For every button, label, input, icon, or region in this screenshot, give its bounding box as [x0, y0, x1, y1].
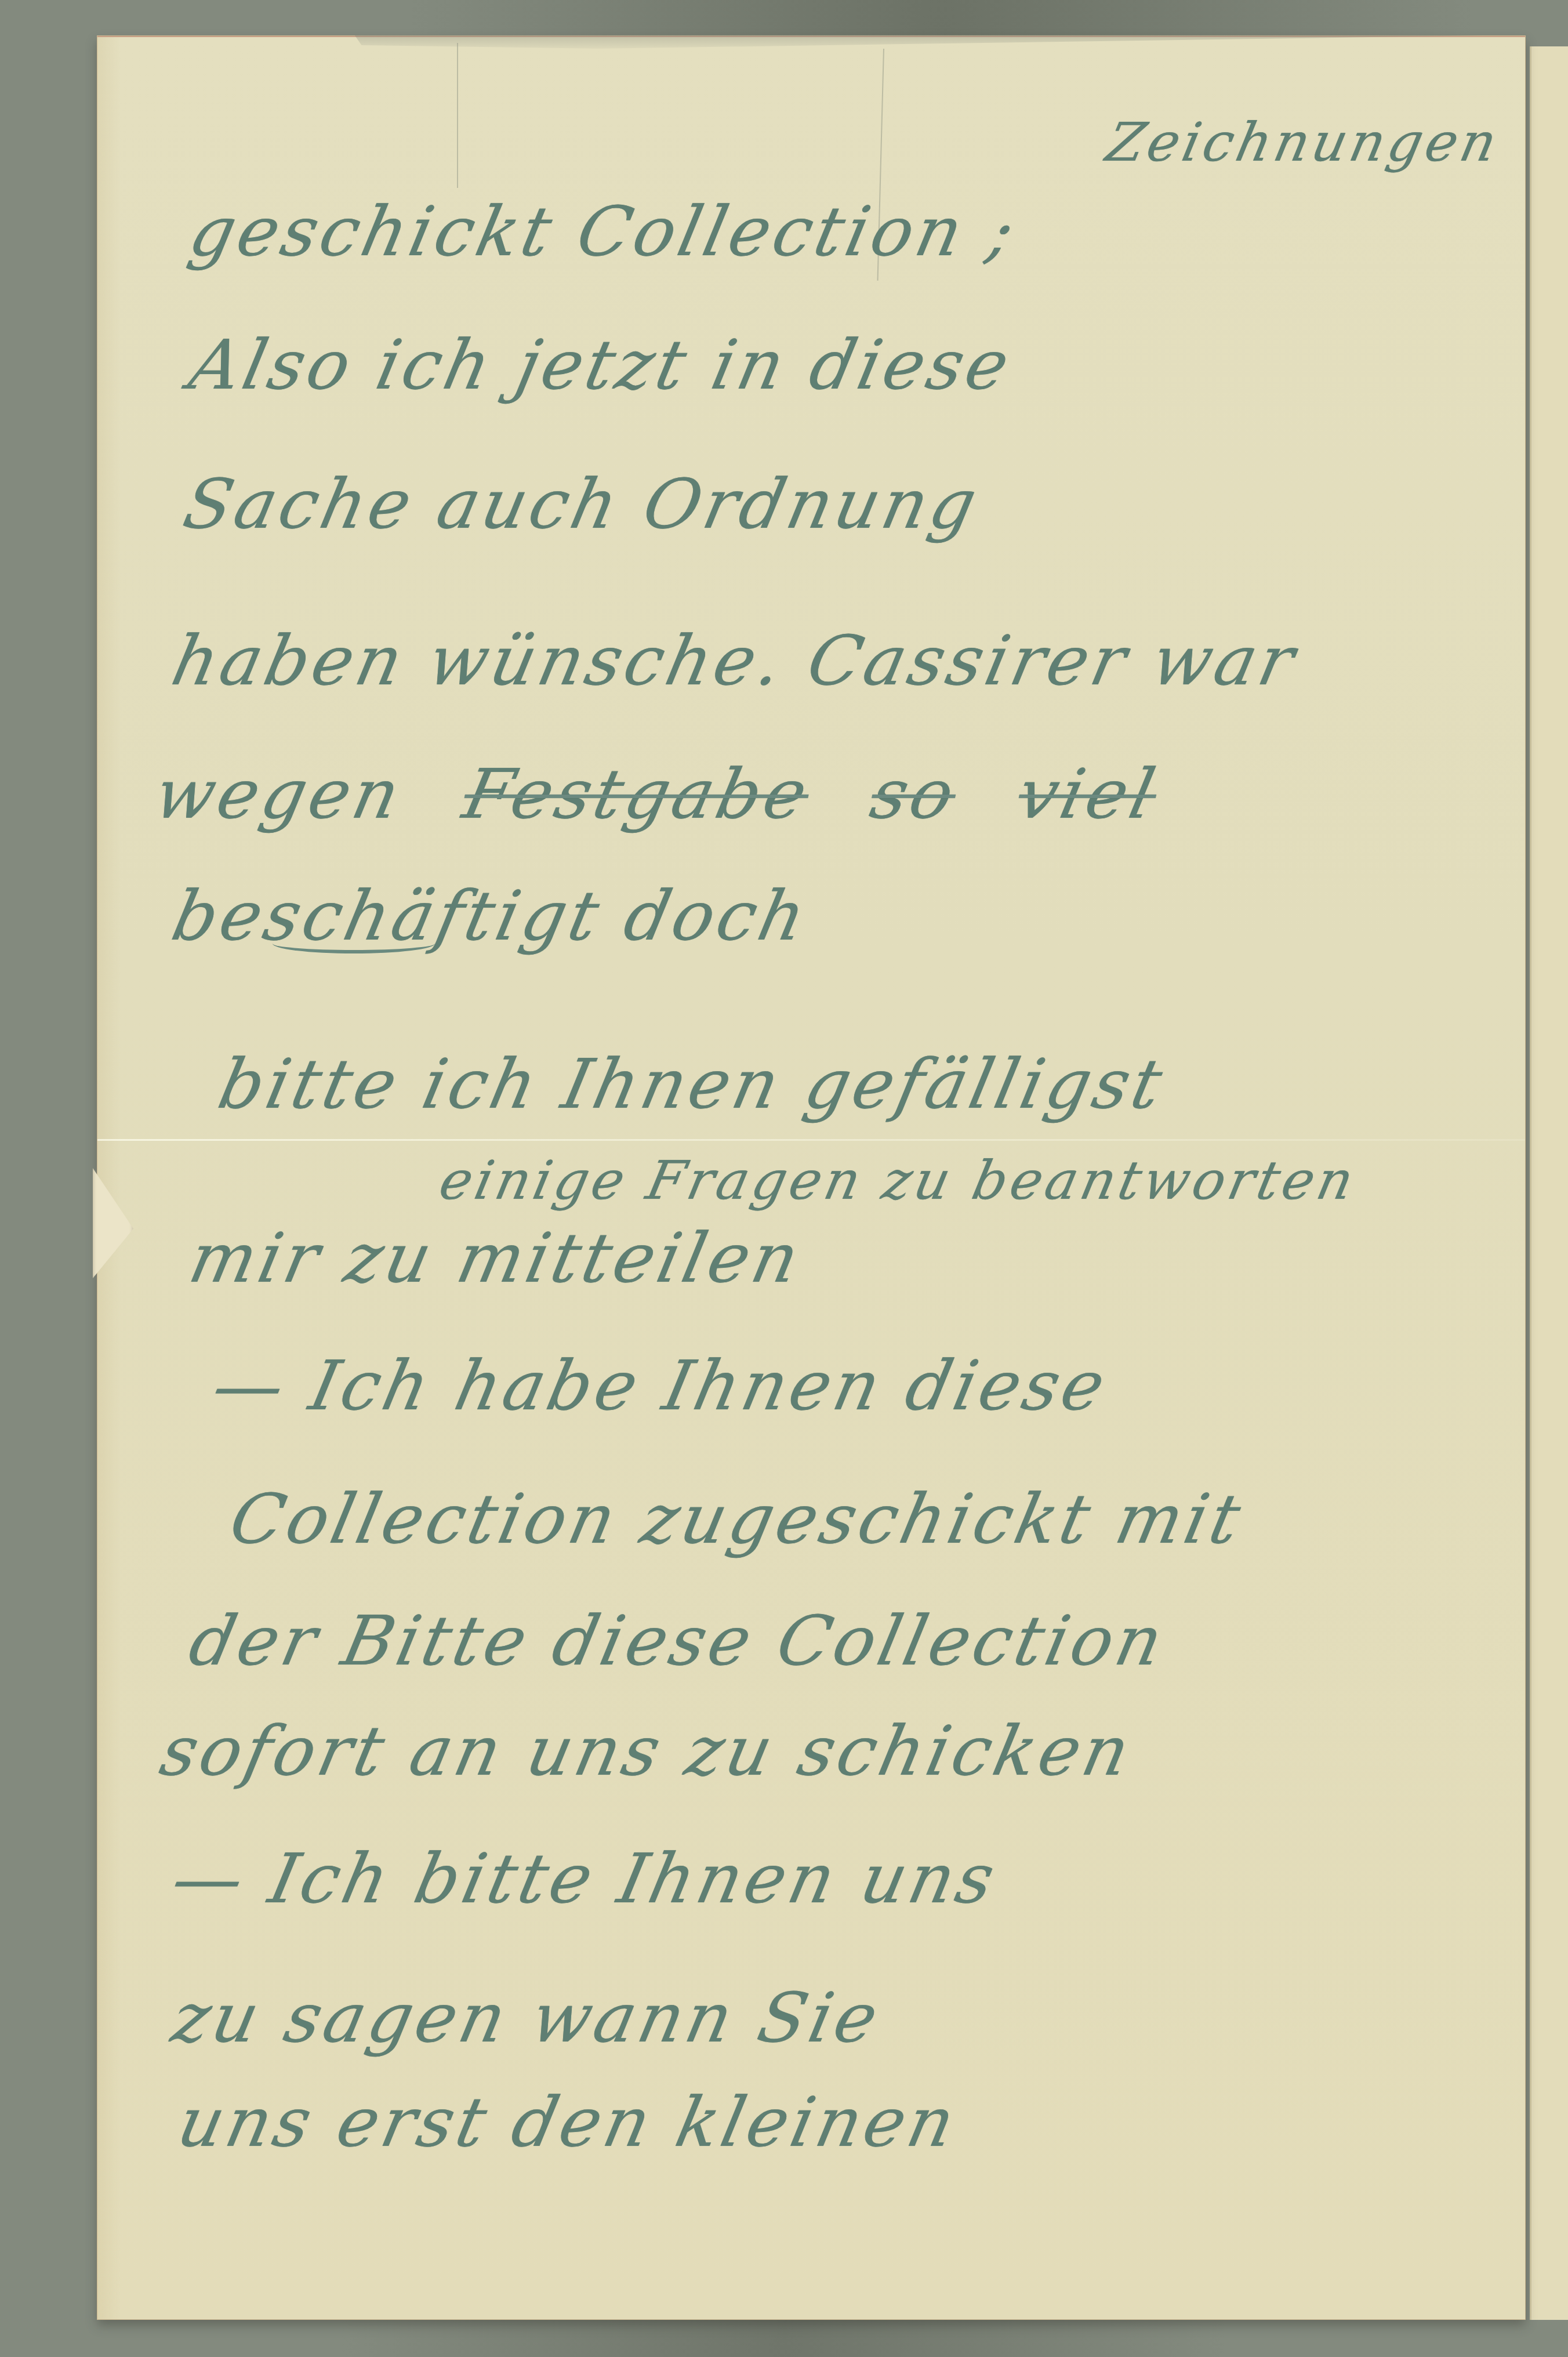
text-line-13: sofort an uns zu schicken [155, 1717, 1138, 1785]
text-line-6: beschäftigt doch [166, 882, 814, 950]
text-line-14: — Ich bitte Ihnen uns [166, 1844, 1003, 1913]
struck-word: viel [1011, 754, 1165, 834]
text-line-15: zu sagen wann Sie [166, 1983, 887, 2052]
text-line-1: geschickt Collection ; [184, 197, 1023, 266]
text-line-9: mir zu mitteilen [184, 1224, 808, 1292]
text-line-16: uns erst den kleinen [172, 2088, 963, 2156]
struck-word: Festgabe [457, 754, 818, 834]
text-line-5: wegenFestgabesoviel [149, 760, 1163, 828]
inserted-line: einige Fragen zu beantworten [435, 1154, 1361, 1207]
struck-word: so [864, 754, 964, 834]
text-line-11: Collection zugeschickt mit [224, 1485, 1249, 1553]
text-line-3: Sache auch Ordnung [178, 470, 985, 538]
text-line-4: haben wünsche. Cassirer war [166, 626, 1303, 695]
margin-note: Zeichnungen [1102, 116, 1504, 169]
text-line-2: Also ich jetzt in diese [184, 331, 1018, 399]
text-line-12: der Bitte diese Collection [184, 1607, 1171, 1675]
text-line-10: — Ich habe Ihnen diese [207, 1351, 1113, 1420]
handwritten-text: Zeichnungen geschickt Collection ; Also … [0, 0, 1568, 2357]
text-line-7: bitte ich Ihnen gefälligst [213, 1050, 1171, 1118]
line-5-kept-word: wegen [148, 754, 410, 834]
correction-underline [273, 934, 435, 953]
